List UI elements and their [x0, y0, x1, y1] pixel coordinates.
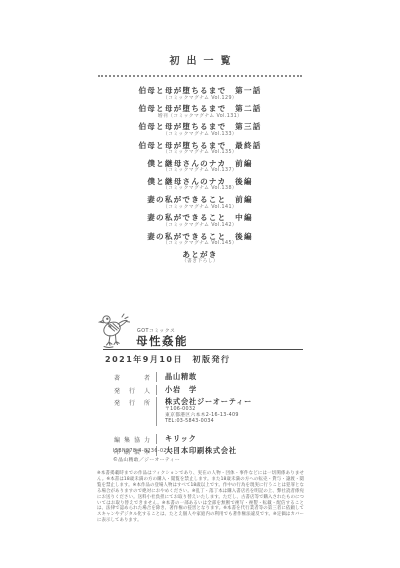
copyright: ©晶山精敢／ジーオーティー: [113, 456, 180, 463]
entry-title: 妻の私ができること 後編: [0, 233, 400, 242]
publishing-house: 株式会社ジーオーティー 〒106-0032 東京都港区六本木2-16-13-40…: [156, 397, 252, 426]
entry-title: 伯母と母が堕ちるまで 第三話: [0, 123, 400, 132]
publication-entry: 僕と継母さんのナカ 後編 （コミックマグナム Vol.138）: [0, 178, 400, 193]
entry-title: 伯母と母が堕ちるまで 最終話: [0, 142, 400, 151]
entry-source: （コミックマグナム Vol.133）: [0, 132, 400, 139]
entry-source: （コミックマグナム Vol.135）: [0, 150, 400, 157]
publication-entry: 伯母と母が堕ちるまで 第二話 増刊（コミックマグナム Vol.131）: [0, 105, 400, 120]
book-title: 母性姦能: [136, 333, 188, 349]
publishing-house-name: 株式会社ジーオーティー: [165, 397, 252, 406]
phone-line: TEL:03-5843-0034: [165, 419, 252, 425]
title-underline: [103, 349, 303, 350]
publication-entry: 伯母と母が堕ちるまで 第三話 （コミックマグナム Vol.133）: [0, 123, 400, 138]
entry-title: 妻の私ができること 中編: [0, 214, 400, 223]
publication-entry: 妻の私ができること 後編 （コミックマグナム Vol.145）: [0, 233, 400, 248]
credit-label: 発行人: [114, 385, 150, 395]
bird-doodle-icon: [98, 311, 134, 349]
entry-title: 伯母と母が堕ちるまで 第一話: [0, 87, 400, 96]
publication-entry: 妻の私ができること 前編 （コミックマグナム Vol.141）: [0, 196, 400, 211]
first-publication-section: 初出一覧 伯母と母が堕ちるまで 第一話 （コミックマグナム Vol.129） 伯…: [0, 52, 400, 269]
section-heading: 初出一覧: [0, 52, 400, 67]
publisher-person-name: 小岩 学: [156, 385, 197, 395]
credit-label: 編集協力: [114, 434, 150, 444]
colophon-page: 初出一覧 伯母と母が堕ちるまで 第一話 （コミックマグナム Vol.129） 伯…: [0, 0, 400, 568]
legal-disclaimer: ※本書掲載時までの作品はフィクションであり、実在の人物・団体・事件などには一切関…: [97, 471, 304, 524]
isbn: ISBN978-4-8236-0211-5: [113, 449, 179, 454]
credit-row-publishing-house: 発行所 株式会社ジーオーティー 〒106-0032 東京都港区六本木2-16-1…: [114, 397, 309, 426]
credit-label: 発行所: [114, 397, 150, 407]
entry-source: （コミックマグナム Vol.145）: [0, 241, 400, 248]
credit-label: 著者: [114, 372, 150, 382]
entry-source: （コミックマグナム Vol.138）: [0, 186, 400, 193]
dotted-divider: [98, 75, 302, 77]
publication-entry: 妻の私ができること 中編 （コミックマグナム Vol.142）: [0, 214, 400, 229]
publication-entry: あとがき （書き下ろし）: [0, 251, 400, 266]
entry-title: あとがき: [0, 251, 400, 260]
publication-entry: 伯母と母が堕ちるまで 最終話 （コミックマグナム Vol.135）: [0, 142, 400, 157]
editing-cooperation: キリック: [156, 434, 197, 444]
publication-entry: 伯母と母が堕ちるまで 第一話 （コミックマグナム Vol.129）: [0, 87, 400, 102]
entry-source: （コミックマグナム Vol.137）: [0, 168, 400, 175]
credit-row-author: 著者 晶山精敢: [114, 372, 309, 382]
entry-source: （コミックマグナム Vol.142）: [0, 223, 400, 230]
entry-source: （書き下ろし）: [0, 259, 400, 266]
credit-row-editing: 編集協力 キリック: [114, 434, 309, 444]
credit-row-publisher-person: 発行人 小岩 学: [114, 385, 309, 395]
publication-date: 2021年9月10日 初版発行: [105, 354, 230, 365]
entry-source: 増刊（コミックマグナム Vol.131）: [0, 114, 400, 121]
entry-title: 僕と継母さんのナカ 前編: [0, 160, 400, 169]
publication-entry: 僕と継母さんのナカ 前編 （コミックマグナム Vol.137）: [0, 160, 400, 175]
entry-title: 妻の私ができること 前編: [0, 196, 400, 205]
entry-title: 伯母と母が堕ちるまで 第二話: [0, 105, 400, 114]
credits-table: 著者 晶山精敢 発行人 小岩 学 発行所 株式会社ジーオーティー 〒106-00…: [114, 372, 309, 459]
entry-source: （コミックマグナム Vol.129）: [0, 96, 400, 103]
author-name: 晶山精敢: [156, 372, 197, 382]
entry-source: （コミックマグナム Vol.141）: [0, 205, 400, 212]
